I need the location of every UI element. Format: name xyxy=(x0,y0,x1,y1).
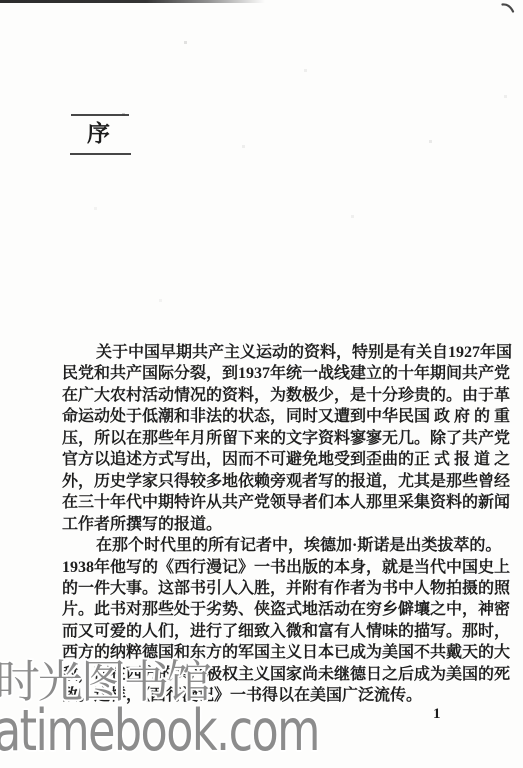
text-line: 命运动处于低潮和非法的状态，同时又遭到中华民国 政 府 的 重 xyxy=(62,406,465,427)
text-line: 在广大农村活动情况的资料，为数极少，是十分珍贵的。由于革 xyxy=(62,385,465,406)
scan-dust-specks xyxy=(0,0,1,1)
page-number: 1 xyxy=(433,706,441,723)
text-line: 片。此书对那些处于劣势、侠盗式地活动在穷乡僻壤之中，神密 xyxy=(62,599,465,620)
pen-tick-mark xyxy=(501,2,517,15)
page-title: 序 xyxy=(70,116,132,149)
text-line: 外，历史学家只得较多地依赖旁观者写的报道，尤其是那些曾经 xyxy=(62,471,465,492)
text-line: 的一件大事。这部书引人入胜，并附有作者为书中人物拍摄的照 xyxy=(62,578,465,599)
text-line: 官方以追述方式写出，因而不可避免地受到歪曲的正 式 报 道 之 xyxy=(62,449,465,470)
body-text: 关于中国早期共产主义运动的资料，特别是有关自1927年国民党和共产国际分裂，到1… xyxy=(62,342,465,707)
text-line: 在三十年代中期特许从共产党领导者们本人那里采集资料的新闻 xyxy=(62,492,465,513)
text-line: 在那个时代里的所有记者中，埃德加·斯诺是出类拔萃的。 xyxy=(62,535,465,556)
text-line: 1938年他写的《西行漫记》一书出版的本身，就是当代中国史上 xyxy=(62,557,465,578)
text-line: 关于中国早期共产主义运动的资料，特别是有关自1927年国 xyxy=(62,342,465,363)
scan-edge-artifact xyxy=(0,0,265,3)
text-line: 而又可爱的人们，进行了细致入微和富有人情味的描写。那时， xyxy=(62,621,465,642)
text-line: 民党和共产国际分裂，到1937年统一战线建立的十年期间共产党 xyxy=(62,363,465,384)
scanned-book-page: 序 关于中国早期共产主义运动的资料，特别是有关自1927年国民党和共产国际分裂，… xyxy=(0,0,523,768)
text-line: 压，所以在那些年月所留下来的文字资料寥寥无几。除了共产党 xyxy=(62,428,465,449)
text-line: 工作者所撰写的报道。 xyxy=(62,514,465,535)
watermark-site-url: atimebook.com xyxy=(0,703,319,760)
section-heading: 序 xyxy=(70,114,132,155)
heading-rule-bottom xyxy=(70,153,131,155)
